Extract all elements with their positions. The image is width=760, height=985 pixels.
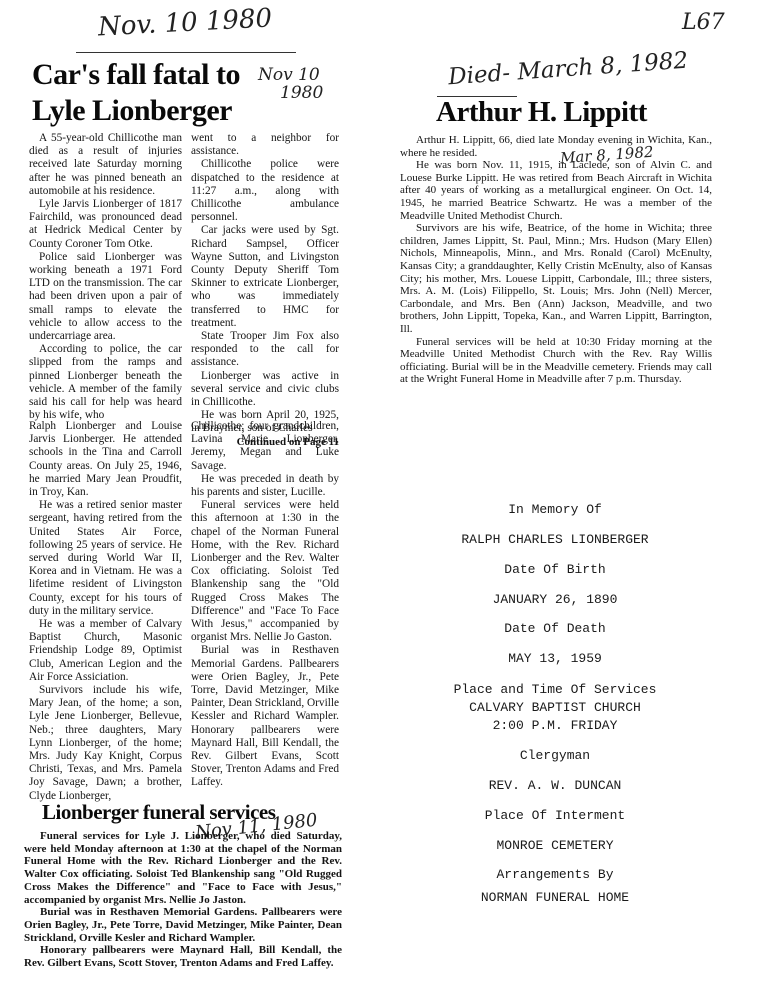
birth-date: JANUARY 26, 1890 [385,592,725,607]
clergy-label: Clergyman [385,748,725,763]
handwritten-date-margin-line1: Nov 10 [258,66,323,84]
services-place: CALVARY BAPTIST CHURCH [385,700,725,715]
memorial-card: In Memory Of RALPH CHARLES LIONBERGER Da… [385,0,725,985]
paragraph: State Trooper Jim Fox also responded to … [191,330,339,370]
paragraph: Honorary pallbearers were Maynard Hall, … [24,944,342,969]
clergy-name: REV. A. W. DUNCAN [385,778,725,793]
services-time: 2:00 P.M. FRIDAY [385,718,725,733]
paragraph: Funeral services were held this afternoo… [191,499,339,644]
paragraph: Lyle Jarvis Lionberger of 1817 Fairchild… [29,198,182,251]
birth-label: Date Of Birth [385,562,725,577]
paragraph: A 55-year-old Chillicothe man died as a … [29,132,182,198]
paragraph: Chillicothe; four grandchildren, Lavina … [191,420,339,473]
interment-label: Place Of Interment [385,808,725,823]
article2-headline: Lionberger funeral services [42,800,275,824]
paragraph: Lionberger was active in several service… [191,370,339,410]
article1-headline-line2: Lyle Lionberger [32,93,240,129]
paragraph: Car jacks were used by Sgt. Richard Samp… [191,224,339,330]
paragraph: He was a retired senior master sergeant,… [29,499,182,618]
paragraph: Funeral services for Lyle J. Lionberger,… [24,830,342,906]
memorial-title: In Memory Of [385,502,725,517]
article2-body: Funeral services for Lyle J. Lionberger,… [24,830,342,970]
article1-column-1-continued: Ralph Lionberger and Louise Jarvis Lionb… [29,420,182,803]
death-label: Date Of Death [385,621,725,636]
paragraph: He was preceded in death by his parents … [191,473,339,499]
article1-column-1: A 55-year-old Chillicothe man died as a … [29,132,182,422]
handwritten-date-margin-line2: 1980 [258,84,323,102]
article1-column-2: went to a neighbor for assistance. Chill… [191,132,339,449]
memorial-name: RALPH CHARLES LIONBERGER [385,532,725,547]
handwritten-date-margin: Nov 10 1980 [258,66,323,102]
paragraph: Ralph Lionberger and Louise Jarvis Lionb… [29,420,182,499]
paragraph: Burial was in Resthaven Memorial Gardens… [24,906,342,944]
divider-rule [76,52,296,53]
paragraph: He was a member of Calvary Baptist Churc… [29,618,182,684]
paragraph: Burial was in Resthaven Memorial Gardens… [191,644,339,789]
arrangements-name: NORMAN FUNERAL HOME [385,890,725,905]
paragraph: Survivors include his wife, Mary Jean, o… [29,684,182,803]
article1-column-2-continued: Chillicothe; four grandchildren, Lavina … [191,420,339,790]
interment-place: MONROE CEMETERY [385,838,725,853]
paragraph: Chillicothe police were dispatched to th… [191,158,339,224]
paragraph: Police said Lionberger was working benea… [29,251,182,343]
services-label: Place and Time Of Services [385,682,725,697]
article1-headline: Car's fall fatal to Lyle Lionberger [32,57,240,129]
article1-headline-line1: Car's fall fatal to [32,57,240,93]
arrangements-label: Arrangements By [385,867,725,882]
paragraph: According to police, the car slipped fro… [29,343,182,422]
paragraph: went to a neighbor for assistance. [191,132,339,158]
handwritten-date-top: Nov. 10 1980 [97,3,272,42]
death-date: MAY 13, 1959 [385,651,725,666]
